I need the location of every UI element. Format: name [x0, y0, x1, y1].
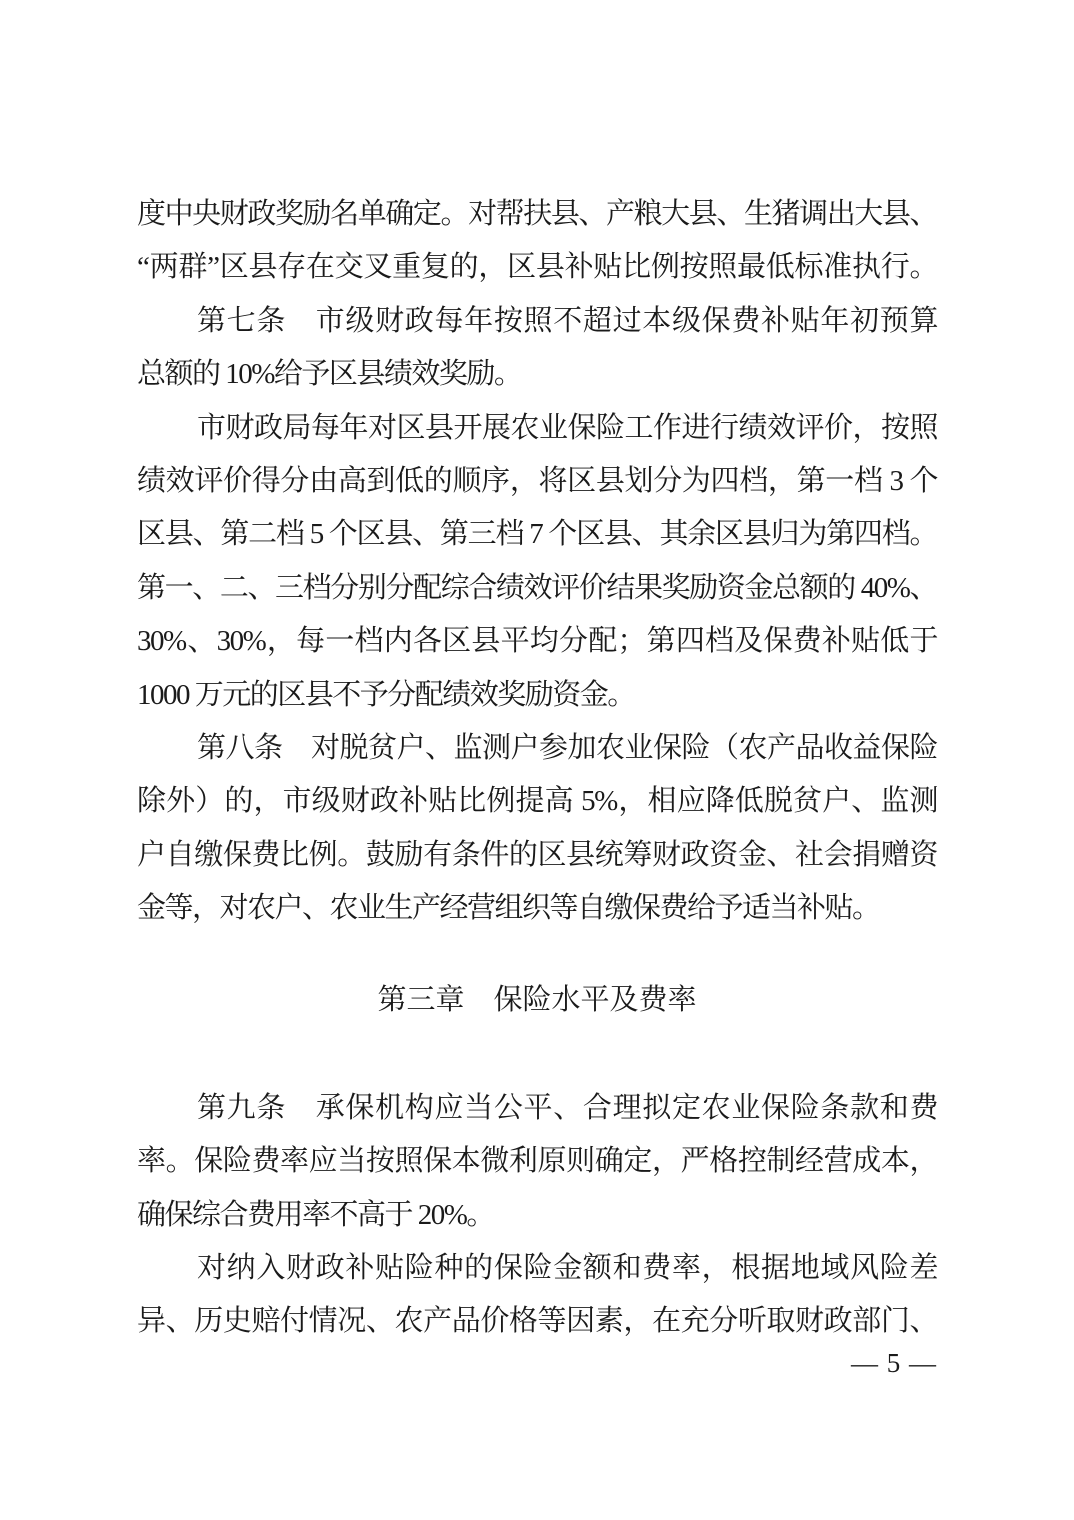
paragraph: 第九条 承保机构应当公平、合理拟定农业保险条款和费率。保险费率应当按照保本微利原…	[137, 1082, 937, 1242]
text-line: 总额的 10%给予区县绩效奖励。	[137, 348, 937, 401]
text-line: 1000 万元的区县不予分配绩效奖励资金。	[137, 669, 937, 722]
text-line: “两群”区县存在交叉重复的，区县补贴比例按照最低标准执行。	[137, 241, 937, 294]
text-line: 绩效评价得分由高到低的顺序，将区县划分为四档，第一档 3 个	[137, 455, 937, 508]
paragraph: 对纳入财政补贴险种的保险金额和费率，根据地域风险差异、历史赔付情况、农产品价格等…	[137, 1242, 937, 1349]
text-line: 30%、30%，每一档内各区县平均分配；第四档及保费补贴低于	[137, 615, 937, 668]
paragraph: 第七条 市级财政每年按照不超过本级保费补贴年初预算总额的 10%给予区县绩效奖励…	[137, 295, 937, 402]
text-line: 率。保险费率应当按照保本微利原则确定，严格控制经营成本，	[137, 1135, 937, 1188]
page-number: — 5 —	[137, 1348, 937, 1379]
paragraph: 市财政局每年对区县开展农业保险工作进行绩效评价，按照绩效评价得分由高到低的顺序，…	[137, 402, 937, 722]
document-page: 度中央财政奖励名单确定。对帮扶县、产粮大县、生猪调出大县、“两群”区县存在交叉重…	[0, 0, 1074, 1520]
document-body: 度中央财政奖励名单确定。对帮扶县、产粮大县、生猪调出大县、“两群”区县存在交叉重…	[137, 188, 937, 1349]
text-line: 户自缴保费比例。鼓励有条件的区县统筹财政资金、社会捐赠资	[137, 829, 937, 882]
chapter-heading: 第三章 保险水平及费率	[137, 974, 937, 1027]
paragraph: 度中央财政奖励名单确定。对帮扶县、产粮大县、生猪调出大县、“两群”区县存在交叉重…	[137, 188, 937, 295]
text-line: 第七条 市级财政每年按照不超过本级保费补贴年初预算	[137, 295, 937, 348]
paragraph: 第八条 对脱贫户、监测户参加农业保险（农产品收益保险除外）的，市级财政补贴比例提…	[137, 722, 937, 936]
text-line: 度中央财政奖励名单确定。对帮扶县、产粮大县、生猪调出大县、	[137, 188, 937, 241]
text-line: 确保综合费用率不高于 20%。	[137, 1189, 937, 1242]
text-line: 市财政局每年对区县开展农业保险工作进行绩效评价，按照	[137, 402, 937, 455]
text-line: 第八条 对脱贫户、监测户参加农业保险（农产品收益保险	[137, 722, 937, 775]
text-line: 第九条 承保机构应当公平、合理拟定农业保险条款和费	[137, 1082, 937, 1135]
text-line: 异、历史赔付情况、农产品价格等因素，在充分听取财政部门、	[137, 1295, 937, 1348]
text-line: 第一、二、三档分别分配综合绩效评价结果奖励资金总额的 40%、	[137, 562, 937, 615]
text-line: 除外）的，市级财政补贴比例提高 5%，相应降低脱贫户、监测	[137, 775, 937, 828]
text-line: 对纳入财政补贴险种的保险金额和费率，根据地域风险差	[137, 1242, 937, 1295]
text-line: 区县、第二档 5 个区县、第三档 7 个区县、其余区县归为第四档。	[137, 508, 937, 561]
text-line: 金等，对农户、农业生产经营组织等自缴保费给予适当补贴。	[137, 882, 937, 935]
